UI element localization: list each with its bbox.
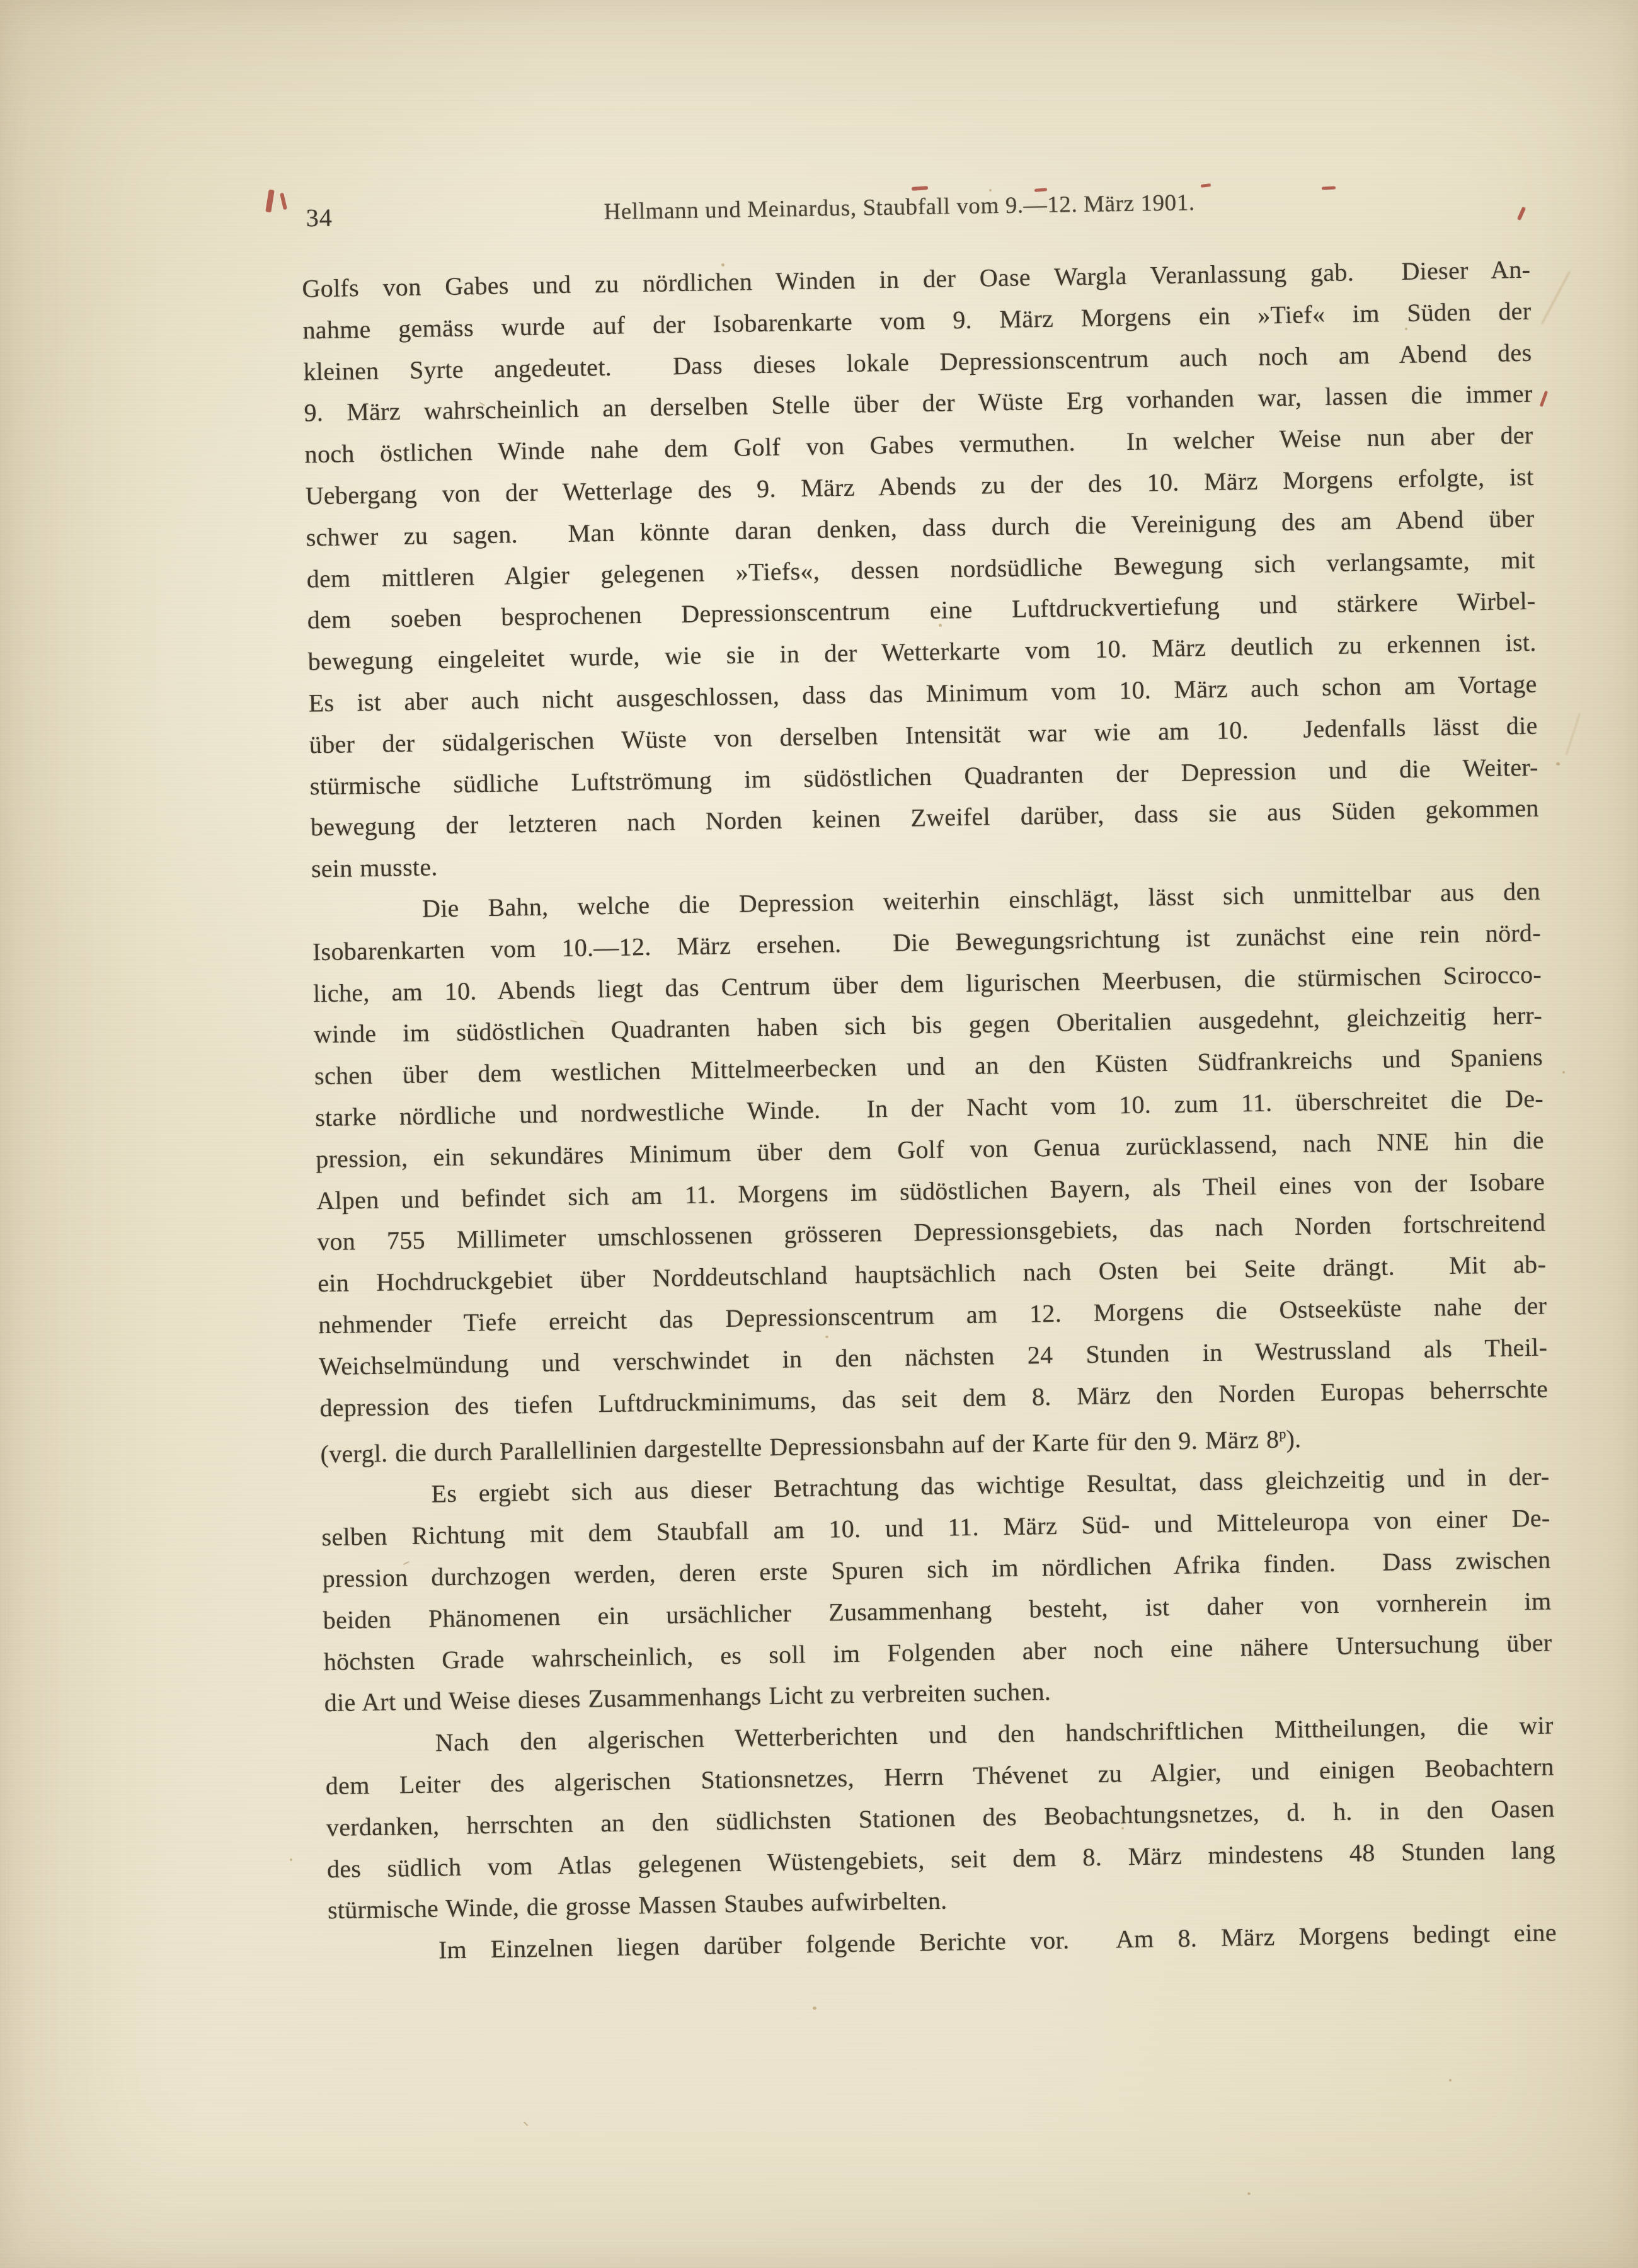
page-header: 34 Hellmann und Meinardus, Staubfall vom… [301,184,1529,231]
red-ink-mark [912,186,928,191]
scanned-paper-sheet: 34 Hellmann und Meinardus, Staubfall vom… [0,0,1638,2268]
scanned-page-content: 34 Hellmann und Meinardus, Staubfall vom… [301,184,1557,1973]
paper-speck [290,1858,292,1861]
paper-speck [1556,762,1560,765]
paper-speck [1449,2079,1452,2082]
paper-fiber [524,2121,529,2126]
paper-speck [813,2007,816,2010]
scratch-mark [1541,271,1571,324]
body-text: Golfs von Gabes und zu nördlichen Winden… [302,249,1557,1973]
paper-speck [1562,1071,1565,1074]
running-head: Hellmann und Meinardus, Staubfall vom 9.… [285,184,1513,231]
paper-speck [989,189,992,192]
scratch-mark [1566,713,1581,755]
red-ink-mark [1540,391,1549,407]
red-ink-mark [1201,183,1211,188]
paper-speck [1247,2192,1251,2195]
red-ink-mark [265,190,275,213]
